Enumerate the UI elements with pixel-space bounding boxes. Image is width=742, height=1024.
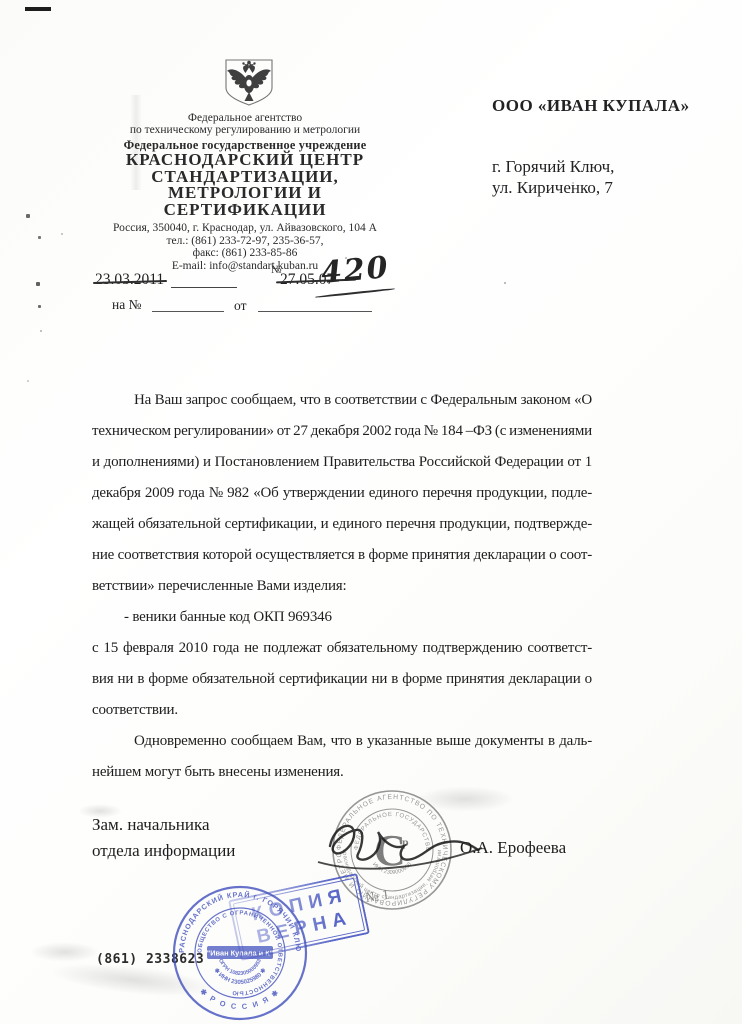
recipient-name: ООО «ИВАН КУПАЛА» (492, 96, 690, 116)
scanned-letter-page: { "letterhead": { "agency": "Федеральное… (0, 0, 742, 1024)
signer-title-line-1: Зам. начальника (92, 815, 210, 835)
agency-line-2: по техническому регулированию и метролог… (108, 124, 382, 136)
on-number-label: на № (112, 297, 141, 313)
body-line-8: - веники банные код ОКП 969346 (92, 609, 592, 640)
org-name-line-4: СЕРТИФИКАЦИИ (108, 202, 382, 219)
scan-speck (61, 233, 63, 235)
agency-line-1: Федеральное агентство (108, 112, 382, 124)
svg-text:ОГРН 1082305000953: ОГРН 1082305000953 (217, 958, 263, 977)
recipient-city: г. Горячий Ключ, (492, 157, 614, 177)
scan-speck (38, 236, 41, 239)
scan-speck (572, 182, 574, 184)
scan-speck (684, 103, 686, 105)
body-line-5: жащей обязательной сертификации, и едино… (92, 516, 592, 547)
letterhead-phones: тел.: (861) 233-72-97, 235-36-57, (108, 235, 382, 248)
letterhead-address: Россия, 350040, г. Краснодар, ул. Айвазо… (108, 222, 382, 235)
scan-speck (26, 214, 30, 218)
scan-speck (504, 282, 506, 284)
body-line-6: ние соответствия которой осуществляется … (92, 547, 592, 578)
signature-scribble (300, 798, 490, 890)
letterhead: Федеральное агентство по техническому ре… (108, 112, 382, 272)
from-label: от (234, 298, 246, 314)
scan-speck (36, 282, 40, 286)
recipient-street: ул. Кириченко, 7 (492, 178, 613, 198)
body-line-9: с 15 февраля 2010 года не подлежат обяза… (92, 640, 592, 671)
on-number-blank (152, 311, 224, 312)
handwritten-number: 420 (320, 250, 391, 291)
scan-artifact-bar (25, 7, 51, 11)
company-stamp-ogrn: ОГРН 1082305000953 (217, 958, 263, 977)
body-line-2: техническом регулировании» от 27 декабря… (92, 423, 592, 454)
body-line-3: и дополнениями) и Постановлением Правите… (92, 454, 592, 485)
scan-speck (38, 305, 41, 308)
body-line-1: На Ваш запрос сообщаем, что в соответств… (92, 392, 592, 423)
body-line-11: соответствии. (92, 702, 592, 733)
signer-title-line-2: отдела информации (92, 841, 235, 861)
body-line-4: декабря 2009 года № 982 «Об утверждении … (92, 485, 592, 516)
scan-speck (345, 257, 347, 259)
body-line-10: вия ни в форме обязательной сертификации… (92, 671, 592, 702)
coat-of-arms-icon (221, 58, 277, 108)
letter-body: На Ваш запрос сообщаем, что в соответств… (92, 392, 592, 795)
scan-speck (27, 380, 29, 382)
printed-line (171, 287, 237, 288)
body-line-12: Одновременно сообщаем Вам, что в указанн… (92, 733, 592, 764)
scan-speck (40, 330, 42, 332)
from-blank (258, 311, 372, 312)
body-line-7: ветствии» перечисленные Вами изделия: (92, 578, 592, 609)
scan-smudge (78, 804, 122, 818)
